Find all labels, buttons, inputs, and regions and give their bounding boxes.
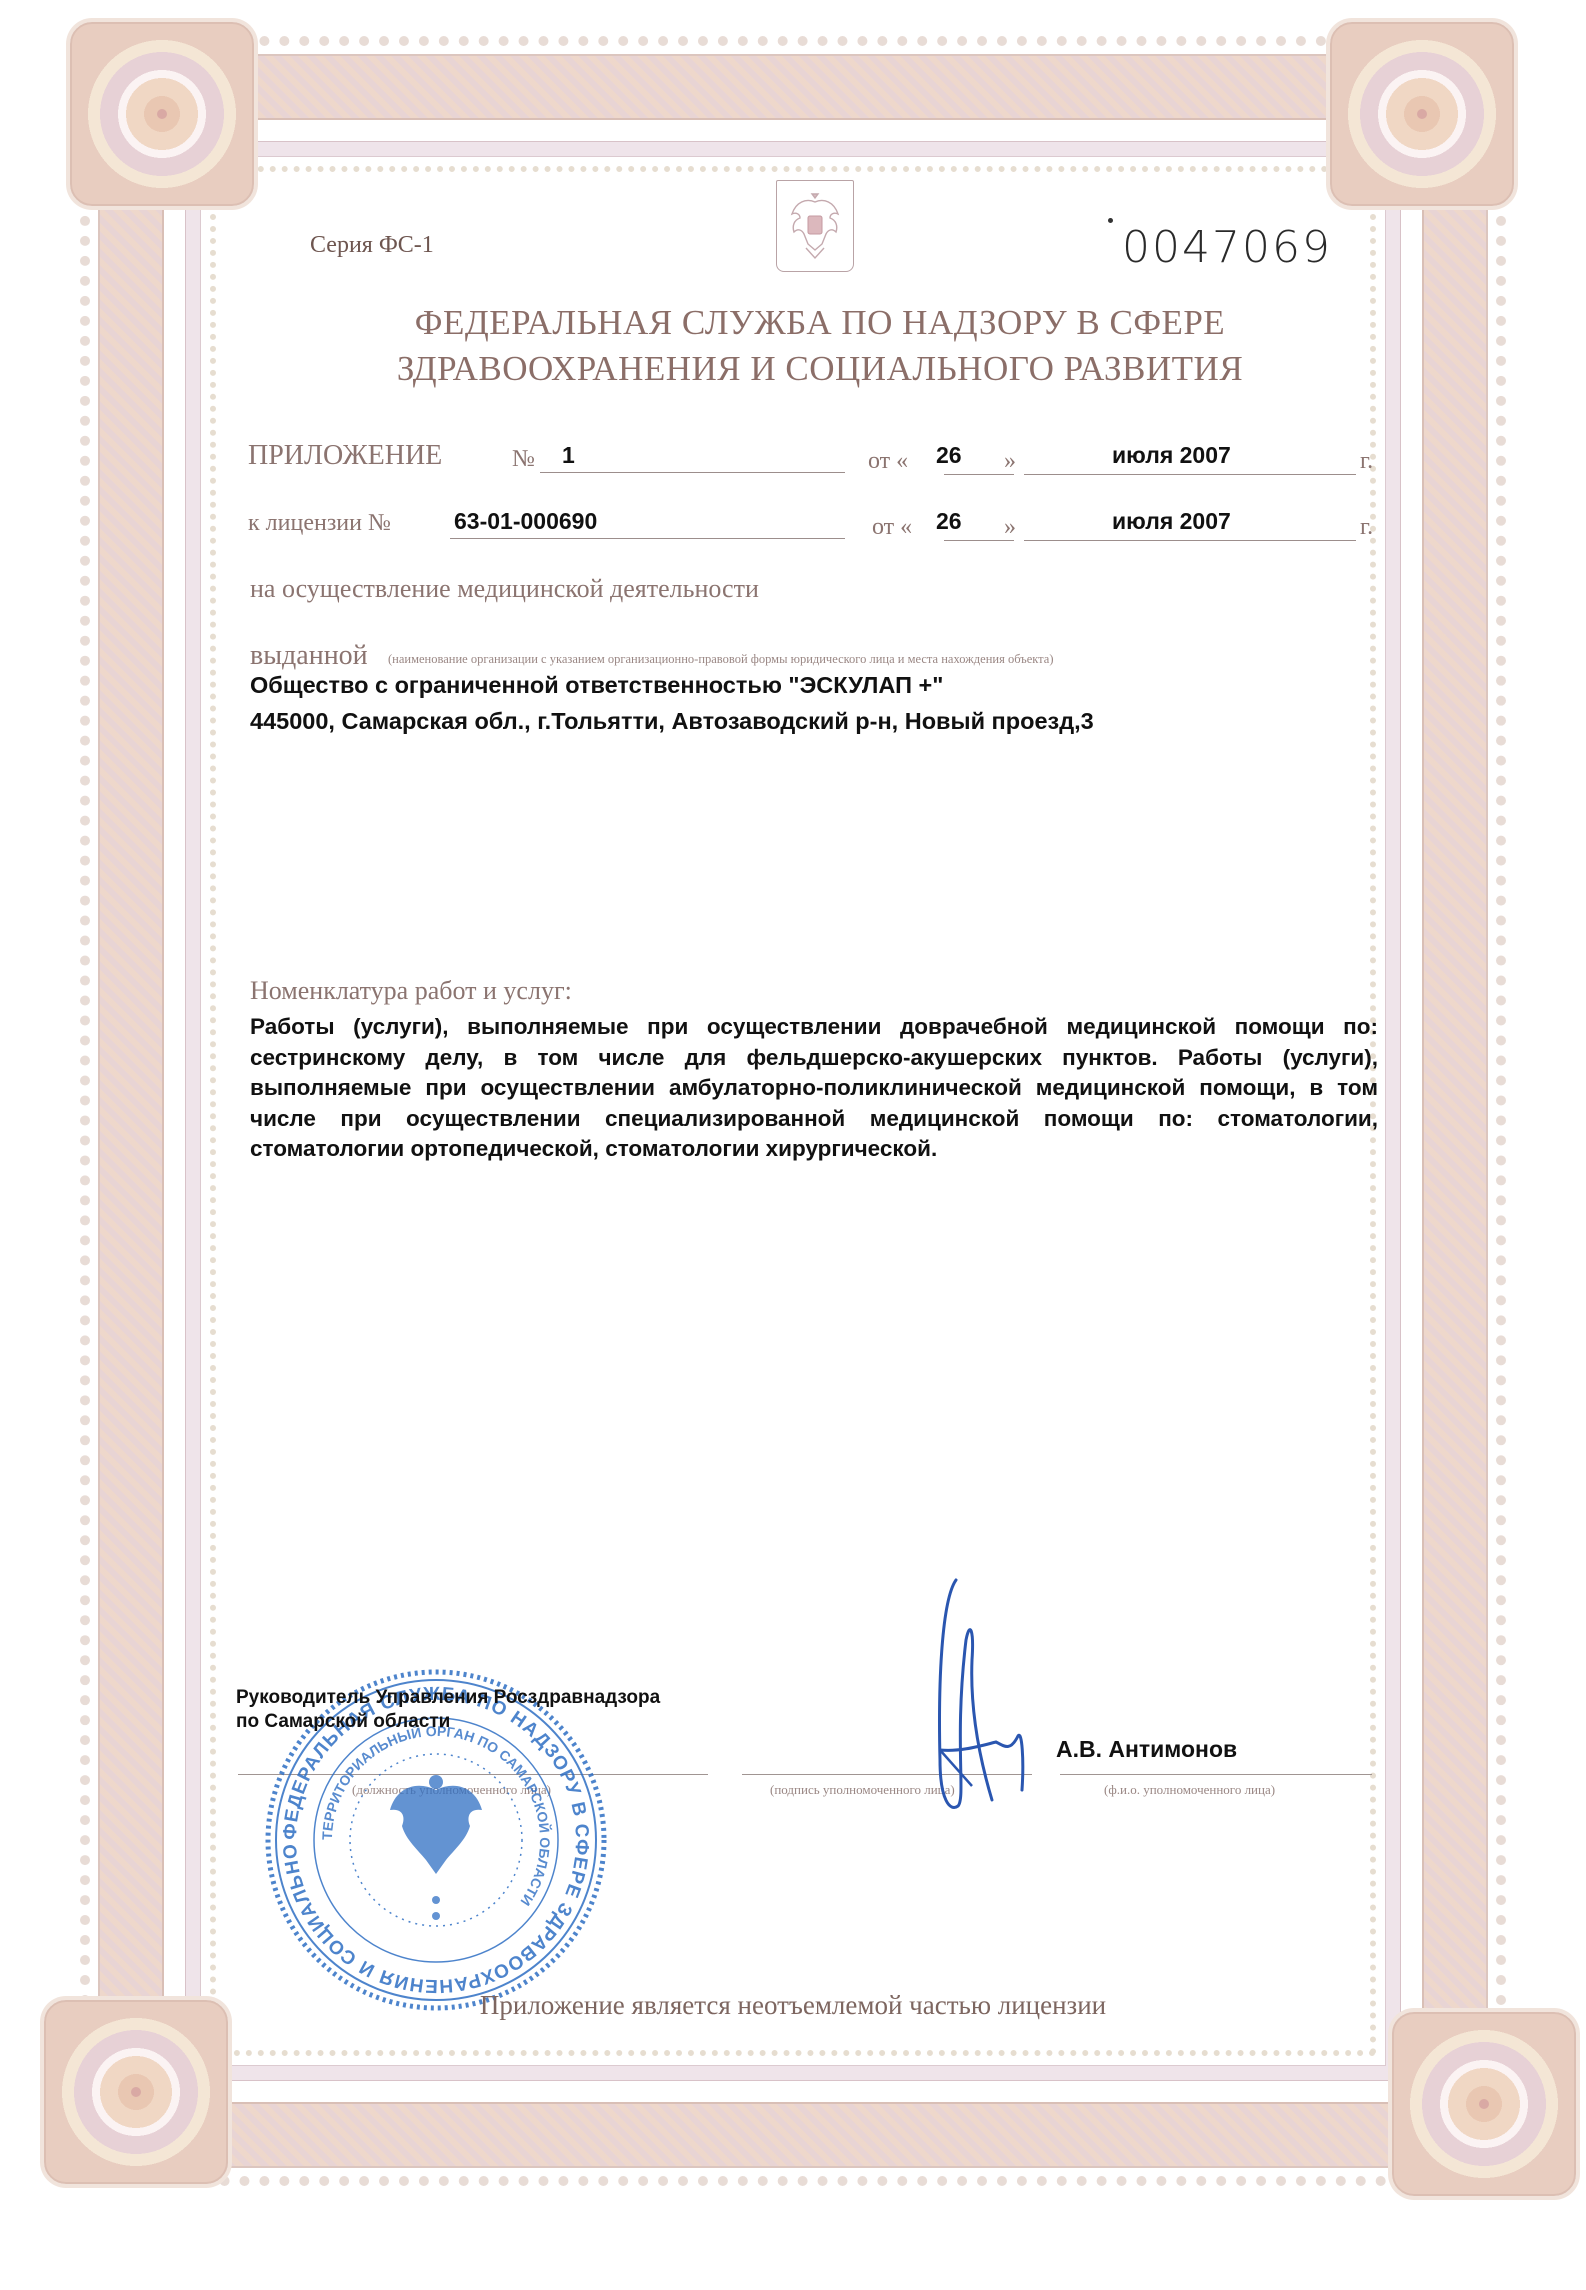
appendix-label: ПРИЛОЖЕНИЕ bbox=[248, 440, 442, 472]
signatory-name: А.В. Антимонов bbox=[1056, 1736, 1237, 1763]
appendix-from-label: от « bbox=[868, 448, 908, 475]
license-purpose: на осуществление медицинской деятельност… bbox=[250, 574, 759, 604]
caption-name: (ф.и.о. уполномоченного лица) bbox=[1104, 1782, 1275, 1798]
license-number-sign: № bbox=[368, 510, 391, 536]
agency-title-line-2: ЗДРАВООХРАНЕНИЯ И СОЦИАЛЬНОГО РАЗВИТИЯ bbox=[240, 346, 1400, 392]
corner-rosette-icon bbox=[70, 22, 254, 206]
handwritten-signature-icon bbox=[900, 1560, 1040, 1810]
issued-to-label: выданной bbox=[250, 640, 368, 672]
issued-to-hint: (наименование организации с указанием ор… bbox=[388, 652, 1054, 667]
footer-note: Приложение является неотъемлемой частью … bbox=[240, 1990, 1346, 2021]
nomenclature-text: Работы (услуги), выполняемые при осущест… bbox=[250, 1012, 1378, 1165]
appendix-day: 26 bbox=[936, 442, 962, 469]
license-year-suffix: г. bbox=[1360, 514, 1373, 541]
license-month-underline bbox=[1024, 540, 1356, 541]
appendix-number-sign: № bbox=[512, 446, 535, 473]
agency-title-line-1: ФЕДЕРАЛЬНАЯ СЛУЖБА ПО НАДЗОРУ В СФЕРЕ bbox=[240, 300, 1400, 346]
organization-address: 445000, Самарская обл., г.Тольятти, Авто… bbox=[250, 708, 1094, 735]
appendix-quote-close: » bbox=[1004, 448, 1016, 475]
license-number: 63-01-000690 bbox=[454, 508, 597, 535]
license-number-underline bbox=[450, 538, 845, 539]
license-month-year: июля 2007 bbox=[1112, 508, 1231, 535]
appendix-number-underline bbox=[540, 472, 845, 473]
organization-name: Общество с ограниченной ответственностью… bbox=[250, 672, 943, 699]
appendix-number: 1 bbox=[562, 442, 575, 469]
blank-serial-number: 0047069 bbox=[1122, 222, 1332, 273]
signature-stroke bbox=[900, 1560, 1040, 1810]
signatory-position-line-1: Руководитель Управления Росздравнадзора bbox=[236, 1686, 660, 1710]
signatory-position-line-2: по Самарской области bbox=[236, 1710, 660, 1734]
ink-dot bbox=[1108, 218, 1113, 223]
signatory-position: Руководитель Управления Росздравнадзора … bbox=[236, 1686, 660, 1734]
agency-title: ФЕДЕРАЛЬНАЯ СЛУЖБА ПО НАДЗОРУ В СФЕРЕ ЗД… bbox=[240, 300, 1400, 392]
appendix-month-year: июля 2007 bbox=[1112, 442, 1231, 469]
russian-coat-of-arms-icon bbox=[776, 180, 854, 272]
series-label: Серия ФС-1 bbox=[310, 232, 434, 259]
appendix-year-suffix: г. bbox=[1360, 448, 1373, 475]
license-quote-close: » bbox=[1004, 514, 1016, 541]
corner-rosette-icon bbox=[44, 2000, 228, 2184]
license-label-text: к лицензии bbox=[248, 510, 362, 536]
license-from-label: от « bbox=[872, 514, 912, 541]
appendix-month-underline bbox=[1024, 474, 1356, 475]
nomenclature-title: Номенклатура работ и услуг: bbox=[250, 976, 572, 1006]
eagle-emblem-icon bbox=[784, 188, 846, 264]
corner-rosette-icon bbox=[1330, 22, 1514, 206]
name-underline bbox=[1060, 1774, 1372, 1775]
corner-rosette-icon bbox=[1392, 2012, 1576, 2196]
license-day: 26 bbox=[936, 508, 962, 535]
license-label: к лицензии № bbox=[248, 510, 391, 537]
